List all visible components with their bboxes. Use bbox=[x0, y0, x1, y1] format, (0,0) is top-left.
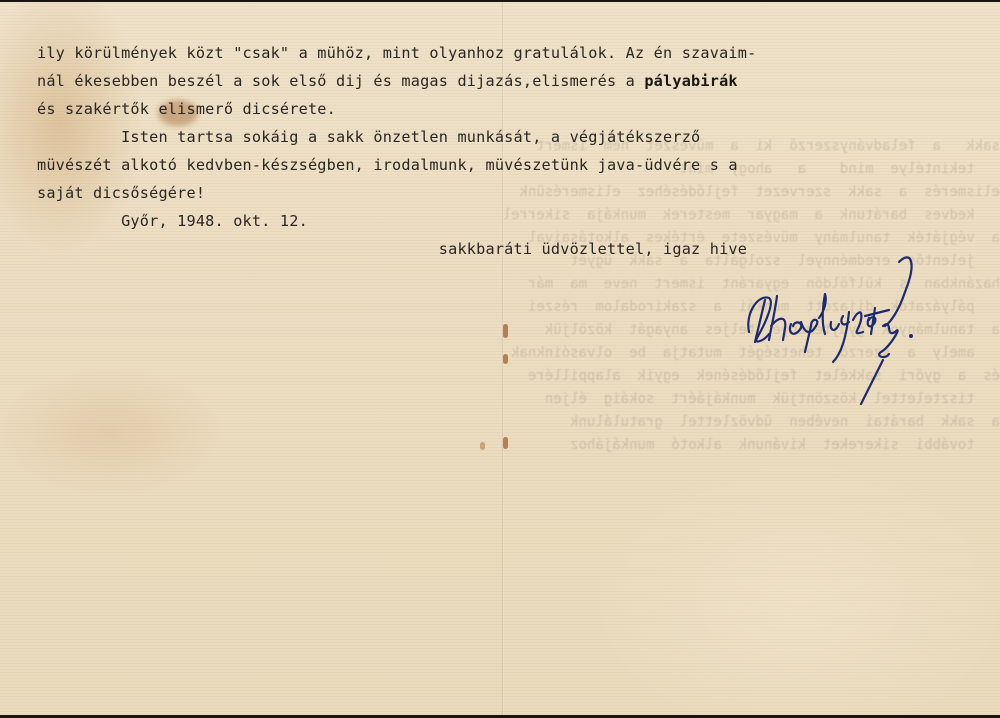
rust-spot bbox=[503, 437, 508, 449]
text-line: Isten tartsa sokáig a sakk önzetlen munk… bbox=[37, 123, 756, 151]
place-date-line: Győr, 1948. okt. 12. bbox=[37, 207, 756, 235]
rust-spot bbox=[503, 354, 508, 364]
text-line: müvészét alkotó kedvben-készségben, irod… bbox=[37, 151, 756, 179]
rust-spot bbox=[480, 442, 485, 450]
letter-page: sakk a feladványszerző ki a müvészet nem… bbox=[0, 0, 1000, 718]
text-line: saját dicsőségére! bbox=[37, 179, 756, 207]
closing-line: sakkbaráti üdvözlettel, igaz hive bbox=[37, 235, 756, 263]
rust-spot bbox=[503, 324, 508, 338]
letter-body: ily körülmények közt "csak" a mühöz, min… bbox=[37, 39, 756, 263]
overstruck-word: pályabirák bbox=[644, 72, 737, 90]
text-line: ily körülmények közt "csak" a mühöz, min… bbox=[37, 39, 756, 67]
signature-icon bbox=[735, 242, 975, 412]
signature bbox=[735, 242, 975, 412]
text-line: nál ékesebben beszél a sok első dij és m… bbox=[37, 67, 756, 95]
text-line: és szakértők elismerő dicsérete. bbox=[37, 95, 756, 123]
